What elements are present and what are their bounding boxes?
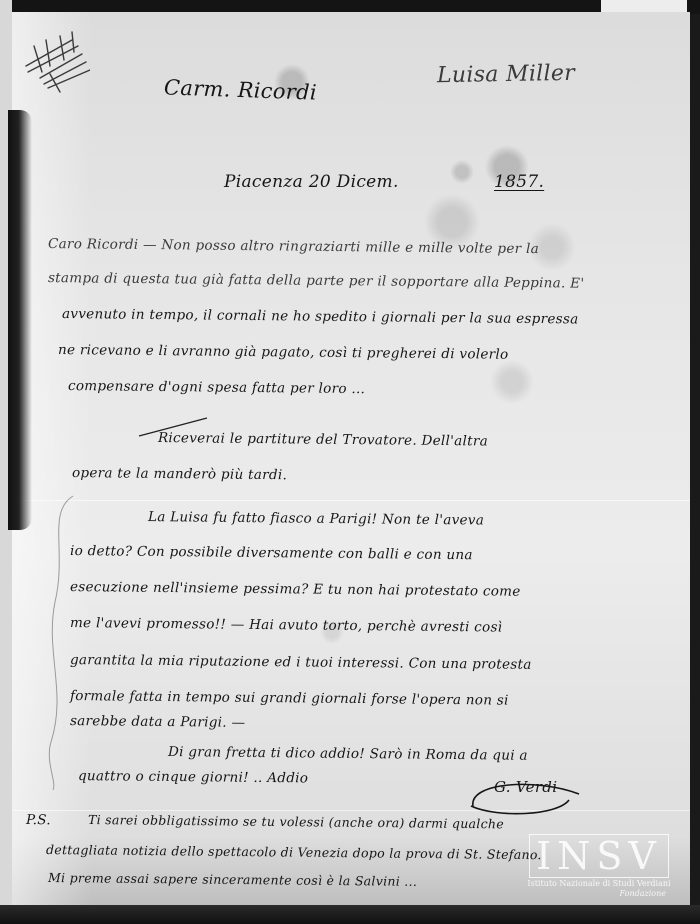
letter-paper: Carm. Ricordi Luisa Miller Piacenza 20 D… (12, 12, 690, 908)
body-line: sarebbe data a Parigi. — (70, 713, 245, 731)
binding-shadow (8, 110, 32, 530)
body-line: formale fatta in tempo sui grandi giorna… (70, 688, 509, 709)
postscript-line: Ti sarei obbligatissimo se tu volessi (a… (88, 812, 504, 831)
watermark-institution: Istituto Nazionale di Studi Verdiani (524, 878, 674, 889)
body-line: compensare d'ogni spesa fatta per loro .… (68, 378, 365, 397)
body-line: Riceverai le partiture del Trovatore. De… (158, 430, 488, 449)
watermark-subtitle: Fondazione (524, 889, 674, 899)
postscript-line: Mi preme assai sapere sinceramente così … (48, 870, 417, 889)
body-line: esecuzione nell'insieme pessima? E tu no… (70, 579, 521, 600)
signature: G. Verdi (494, 778, 557, 796)
recipient-salutation: Carm. Ricordi (164, 75, 318, 104)
postscript-line: dettagliata notizia dello spettacolo di … (46, 842, 542, 862)
postscript-label: P.S. (26, 812, 51, 828)
body-line: Caro Ricordi — Non posso altro ringrazia… (48, 236, 539, 257)
body-line: Di gran fretta ti dico addio! Sarò in Ro… (168, 744, 528, 764)
body-line: opera te la manderò più tardi. (72, 465, 287, 483)
body-line: io detto? Con possibile diversamente con… (70, 543, 473, 563)
opera-title-note: Luisa Miller (437, 61, 575, 88)
body-line: me l'avevi promesso!! — Hai avuto torto,… (70, 615, 503, 636)
body-line: ne ricevano e li avranno già pagato, cos… (58, 342, 509, 363)
body-line: quattro o cinque giorni! .. Addio (78, 768, 308, 786)
margin-bracket-icon (37, 492, 77, 792)
scan-bottom-border (0, 905, 700, 924)
archive-watermark: INSV Istituto Nazionale di Studi Verdian… (524, 834, 674, 908)
paper-crease (12, 500, 690, 501)
body-line: avvenuto in tempo, il cornali ne ho sped… (62, 306, 579, 327)
margin-scribble-icon (20, 26, 90, 96)
paper-crease (12, 810, 690, 811)
body-line: La Luisa fu fatto fiasco a Parigi! Non t… (148, 509, 484, 529)
body-line: garantita la mia riputazione ed i tuoi i… (70, 652, 532, 673)
year: 1857. (494, 172, 544, 192)
body-line: stampa di questa tua già fatta della par… (48, 270, 585, 292)
watermark-monogram: INSV (529, 834, 669, 878)
place-date: Piacenza 20 Dicem. (224, 172, 399, 192)
